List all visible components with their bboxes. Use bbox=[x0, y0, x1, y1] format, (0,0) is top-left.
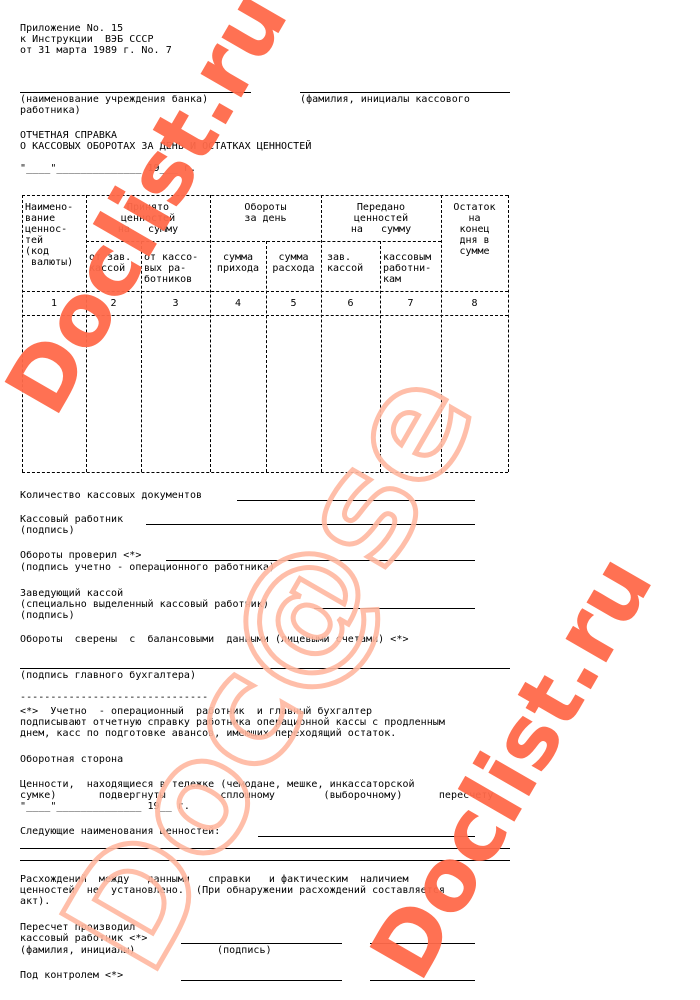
doc-count-label: Количество кассовых документов bbox=[20, 490, 202, 501]
following-names-label: Следующие наименования ценностей: bbox=[20, 826, 220, 837]
discrepancy-line: акт). bbox=[20, 896, 50, 907]
footnote-separator: ------------------------------- bbox=[20, 692, 208, 703]
bank-name-field[interactable] bbox=[20, 92, 251, 93]
doc-subtitle: О КАССОВЫХ ОБОРОТАХ ЗА ДЕНЬ И ОСТАТКАХ Ц… bbox=[20, 141, 311, 152]
recount-name-label: (фамилия, инициалы) bbox=[20, 945, 135, 956]
sub-header-expense: сумма расхода bbox=[266, 252, 321, 274]
checked-label: Обороты проверил <*> bbox=[20, 550, 141, 561]
col-group-accepted: Принято ценностей на сумму bbox=[86, 202, 210, 235]
col-group-transferred: Передано ценностей на сумму bbox=[321, 202, 441, 235]
col-num: 6 bbox=[321, 298, 380, 309]
head-cashier-sub-label: (специально выделенный кассовый работник… bbox=[20, 599, 269, 610]
reverse-title: Оборотная сторона bbox=[20, 754, 123, 765]
chief-accountant-signature-field[interactable] bbox=[20, 668, 510, 669]
footnote-line: подписывают отчетную справку работника о… bbox=[20, 717, 445, 728]
appendix-line-1: Приложение No. 15 bbox=[20, 23, 123, 34]
head-cashier-signature-label: (подпись) bbox=[20, 610, 75, 621]
recount-date-line[interactable]: "____"______________ 19__ г. bbox=[20, 801, 190, 812]
control-label: Под контролем <*> bbox=[20, 970, 123, 981]
col-num: 8 bbox=[441, 298, 508, 309]
recount-cashier-label: кассовый работник <*> bbox=[20, 933, 147, 944]
date-line[interactable]: "____"______________ 19___ г. bbox=[20, 163, 196, 174]
bank-name-label: (наименование учреждения банка) bbox=[20, 94, 208, 105]
cashier-name-label-cont: работника) bbox=[20, 105, 81, 116]
recount-signature-field[interactable] bbox=[370, 943, 475, 944]
cashier-signature-label: (подпись) bbox=[20, 525, 75, 536]
recount-label: Пересчет производил bbox=[20, 922, 135, 933]
following-names-field[interactable] bbox=[258, 836, 475, 837]
checked-sub-label: (подпись учетно - операционного работник… bbox=[20, 562, 275, 573]
chief-accountant-label: (подпись главного бухгалтера) bbox=[20, 670, 196, 681]
cashier-label: Кассовый работник bbox=[20, 514, 123, 525]
following-names-field-2[interactable] bbox=[20, 848, 510, 849]
sub-header-from-head-cashier: от зав. кассой bbox=[89, 252, 131, 274]
discrepancy-line: Расхождений между данными справки и факт… bbox=[20, 874, 409, 885]
cashier-name-field[interactable] bbox=[300, 92, 510, 93]
col-num: 5 bbox=[266, 298, 321, 309]
recount-name-field[interactable] bbox=[181, 943, 342, 944]
col-num: 3 bbox=[141, 298, 210, 309]
appendix-line-2: к Инструкции ВЭБ СССР bbox=[20, 34, 154, 45]
reconciled-label: Обороты сверены с балансовыми данными (л… bbox=[20, 634, 409, 645]
doc-title: ОТЧЕТНАЯ СПРАВКА bbox=[20, 130, 117, 141]
checked-signature-field[interactable] bbox=[166, 560, 475, 561]
sub-header-to-cashiers: кассовым работни- кам bbox=[383, 252, 431, 285]
sub-header-to-head-cashier: зав. кассой bbox=[327, 252, 363, 274]
footnote-line: <*> Учетно - операционный работник и гла… bbox=[20, 706, 372, 717]
cashier-signature-field[interactable] bbox=[146, 524, 475, 525]
col-header-balance: Остаток на конец дня в сумме bbox=[441, 202, 508, 257]
col-num: 4 bbox=[210, 298, 266, 309]
col-num: 2 bbox=[86, 298, 141, 309]
appendix-line-3: от 31 марта 1989 г. No. 7 bbox=[20, 45, 172, 56]
doc-count-field[interactable] bbox=[237, 500, 475, 501]
col-header-name: Наимено- вание ценнос- тей (код валюты) bbox=[25, 202, 73, 268]
table-body-row[interactable] bbox=[22, 316, 508, 472]
recount-signature-label: (подпись) bbox=[217, 945, 272, 956]
control-signature-field[interactable] bbox=[370, 980, 475, 981]
values-line: сумке) подвергнуты сплошному (выборочном… bbox=[20, 790, 510, 801]
following-names-field-3[interactable] bbox=[20, 860, 510, 861]
col-num: 1 bbox=[22, 298, 86, 309]
values-line: Ценности, находящиеся в тележке (чемодан… bbox=[20, 779, 415, 790]
head-cashier-signature-field[interactable] bbox=[314, 608, 475, 609]
sub-header-income: сумма прихода bbox=[210, 252, 266, 274]
col-group-turnover: Обороты за день bbox=[210, 202, 321, 224]
sub-header-from-cashiers: от кассо- вых ра- ботников bbox=[144, 252, 198, 285]
footnote-line: днем, касс по подготовке авансов, имеющи… bbox=[20, 728, 396, 739]
head-cashier-label: Заведующий кассой bbox=[20, 588, 123, 599]
cashier-name-label: (фамилия, инициалы кассового bbox=[300, 94, 470, 105]
discrepancy-line: ценностей не установлено. (При обнаружен… bbox=[20, 885, 445, 896]
col-num: 7 bbox=[380, 298, 441, 309]
control-name-field[interactable] bbox=[181, 980, 342, 981]
